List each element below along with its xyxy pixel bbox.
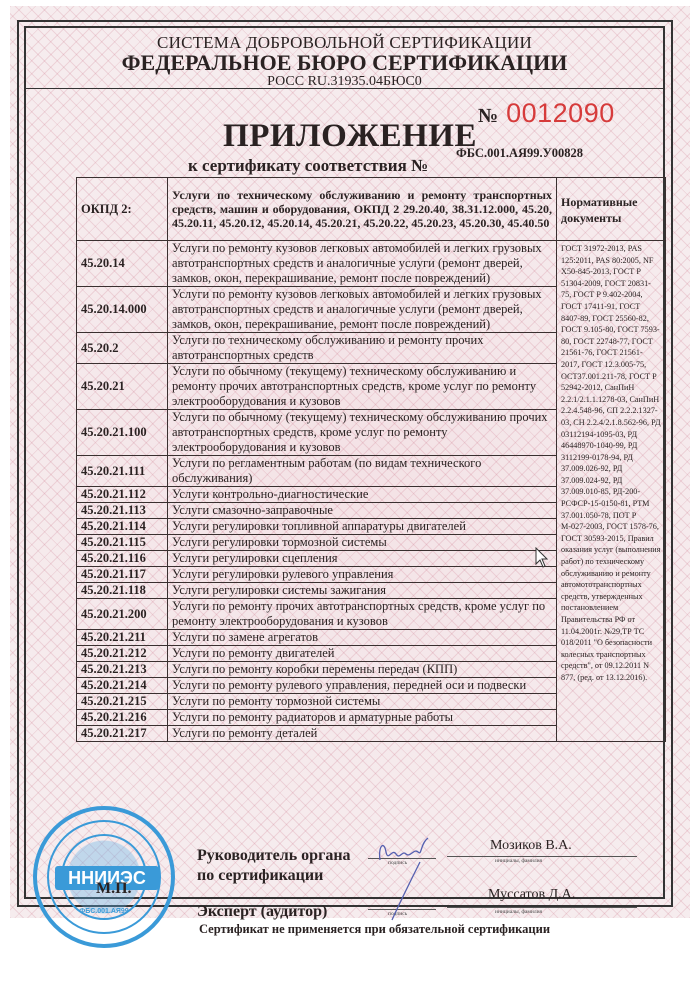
okpd-code: 45.20.21 <box>77 364 168 410</box>
service-description: Услуги регулировки сцепления <box>168 551 557 567</box>
expert-label: Эксперт (аудитор) <box>197 902 327 922</box>
normative-documents: ГОСТ 31972-2013, PAS 125:2011, PAS 80:20… <box>557 241 666 742</box>
okpd-code: 45.20.21.100 <box>77 410 168 456</box>
okpd-code: 45.20.21.117 <box>77 567 168 583</box>
okpd-code: 45.20.2 <box>77 333 168 364</box>
okpd-code: 45.20.21.211 <box>77 630 168 646</box>
table-row: 45.20.14Услуги по ремонту кузовов легков… <box>77 241 666 287</box>
service-description: Услуги регулировки рулевого управления <box>168 567 557 583</box>
service-description: Услуги по замене агрегатов <box>168 630 557 646</box>
service-description: Услуги по техническому обслуживанию и ре… <box>168 333 557 364</box>
okpd-code: 45.20.21.115 <box>77 535 168 551</box>
head-name: Мозиков В.А. <box>490 838 572 854</box>
service-description: Услуги по ремонту тормозной системы <box>168 694 557 710</box>
service-description: Услуги регулировки тормозной системы <box>168 535 557 551</box>
okpd-code: 45.20.21.213 <box>77 662 168 678</box>
head-label-line1: Руководитель органа <box>197 846 351 866</box>
service-description: Услуги по ремонту коробки перемены перед… <box>168 662 557 678</box>
okpd-code: 45.20.14.000 <box>77 287 168 333</box>
stamp-code: ФБС.001.АЯ99 <box>37 908 171 915</box>
okpd-code: 45.20.21.214 <box>77 678 168 694</box>
service-description: Услуги по ремонту кузовов легковых автом… <box>168 287 557 333</box>
service-description: Услуги по регламентным работам (по видам… <box>168 456 557 487</box>
service-description: Услуги смазочно-заправочные <box>168 503 557 519</box>
service-description: Услуги по обычному (текущему) техническо… <box>168 364 557 410</box>
header-norms: Нормативные документы <box>557 178 666 241</box>
okpd-code: 45.20.21.212 <box>77 646 168 662</box>
head-label-line2: по сертификации <box>197 866 351 886</box>
stamp-place-label: М.П. <box>96 880 132 898</box>
service-description: Услуги по ремонту радиаторов и арматурны… <box>168 710 557 726</box>
head-name-line <box>447 856 637 857</box>
service-description: Услуги по ремонту рулевого управления, п… <box>168 678 557 694</box>
okpd-code: 45.20.21.112 <box>77 487 168 503</box>
service-description: Услуги по обычному (текущему) техническо… <box>168 410 557 456</box>
service-description: Услуги регулировки системы зажигания <box>168 583 557 599</box>
head-name-caption: инициалы, фамилия <box>495 858 542 864</box>
document-subtitle: к сертификату соответствия № <box>188 156 428 176</box>
footer-note: Сертификат не применяется при обязательн… <box>199 922 550 937</box>
official-stamp: ННИИЭС ФБС.001.АЯ99 <box>33 806 175 948</box>
bureau-name: ФЕДЕРАЛЬНОЕ БЮРО СЕРТИФИКАЦИИ <box>26 52 663 74</box>
mouse-cursor-icon <box>535 547 549 569</box>
services-table: ОКПД 2: Услуги по техническому обслужива… <box>76 177 692 742</box>
service-description: Услуги по ремонту двигателей <box>168 646 557 662</box>
okpd-code: 45.20.21.217 <box>77 726 168 742</box>
okpd-code: 45.20.21.200 <box>77 599 168 630</box>
okpd-code: 45.20.21.114 <box>77 519 168 535</box>
okpd-code: 45.20.14 <box>77 241 168 287</box>
service-description: Услуги по ремонту кузовов легковых автом… <box>168 241 557 287</box>
certificate-number: ФБС.001.АЯ99.У00828 <box>456 146 583 161</box>
expert-name-caption: инициалы, фамилия <box>495 909 542 915</box>
document-title: ПРИЛОЖЕНИЕ <box>0 118 700 155</box>
service-description: Услуги регулировки топливной аппаратуры … <box>168 519 557 535</box>
okpd-code: 45.20.21.215 <box>77 694 168 710</box>
expert-name-line <box>447 907 637 908</box>
handwritten-signature <box>370 832 450 922</box>
header-description: Услуги по техническому обслуживанию и ре… <box>168 178 557 241</box>
okpd-code: 45.20.21.116 <box>77 551 168 567</box>
okpd-code: 45.20.21.118 <box>77 583 168 599</box>
services-table-grid: ОКПД 2: Услуги по техническому обслужива… <box>76 177 666 742</box>
service-description: Услуги контрольно-диагностические <box>168 487 557 503</box>
service-description: Услуги по ремонту прочих автотранспортны… <box>168 599 557 630</box>
registration-number: РОСС RU.31935.04БЮС0 <box>26 74 663 90</box>
header-code: ОКПД 2: <box>77 178 168 241</box>
okpd-code: 45.20.21.216 <box>77 710 168 726</box>
okpd-code: 45.20.21.111 <box>77 456 168 487</box>
table-header-row: ОКПД 2: Услуги по техническому обслужива… <box>77 178 666 241</box>
head-label: Руководитель органа по сертификации <box>197 846 351 886</box>
expert-name: Муссатов Д.А. <box>488 887 575 903</box>
okpd-code: 45.20.21.113 <box>77 503 168 519</box>
issuer-header: СИСТЕМА ДОБРОВОЛЬНОЙ СЕРТИФИКАЦИИ ФЕДЕРА… <box>26 28 663 89</box>
service-description: Услуги по ремонту деталей <box>168 726 557 742</box>
